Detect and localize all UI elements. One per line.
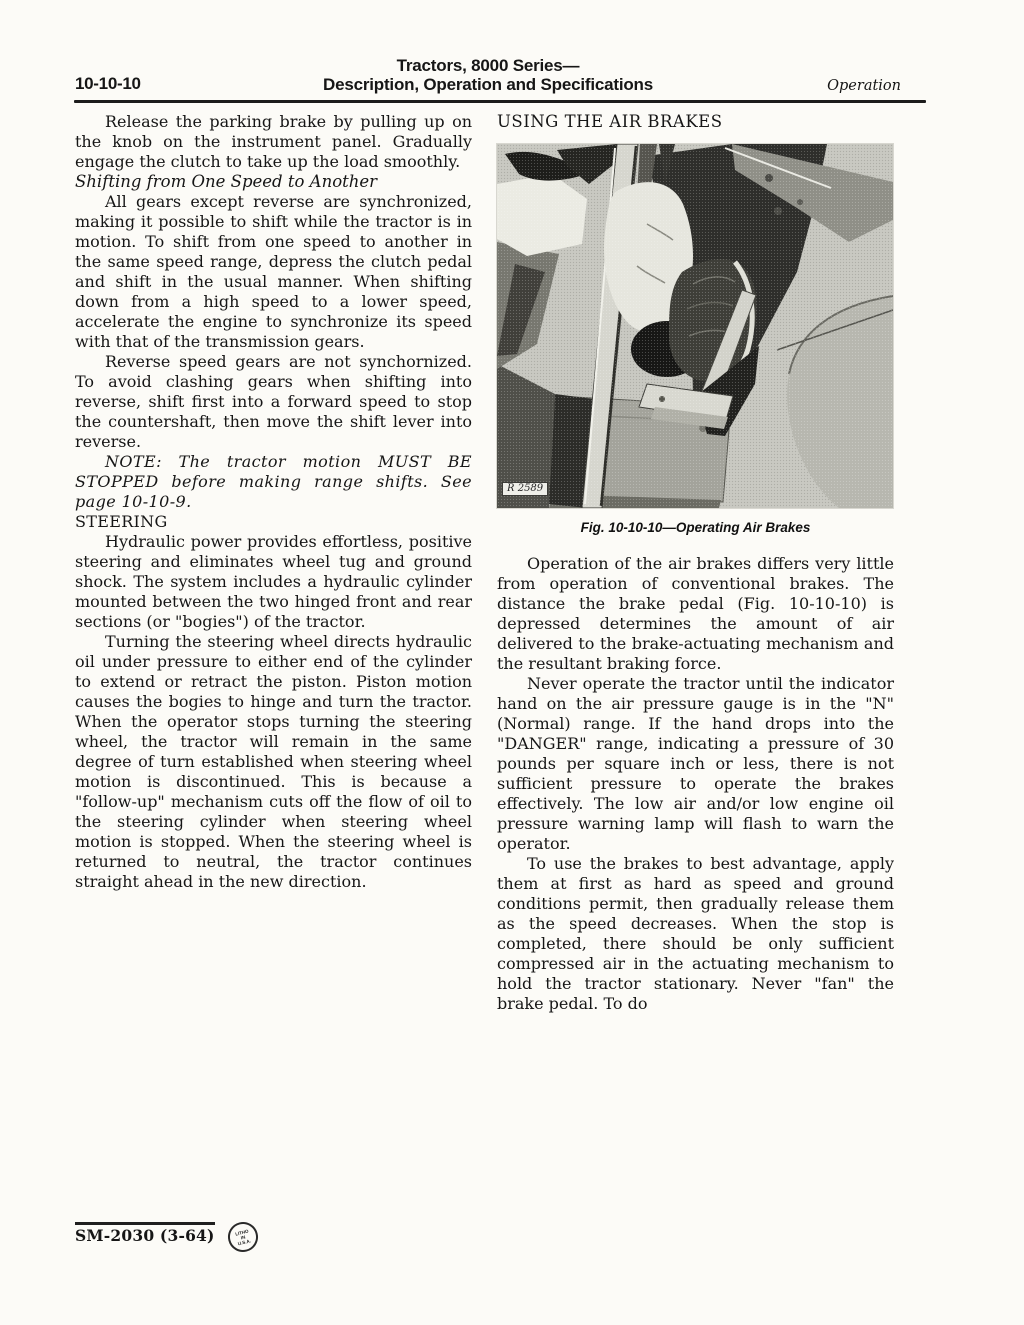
figure-caption: Fig. 10-10-10—Operating Air Brakes <box>497 518 894 538</box>
page-number: 10-10-10 <box>75 74 195 94</box>
section-label: Operation <box>781 78 901 94</box>
paragraph-release-parking-brake: Release the parking brake by pulling up … <box>75 112 472 172</box>
photo-id-label: R 2589 <box>502 482 548 496</box>
page-header: 10-10-10 Tractors, 8000 Series— Descript… <box>75 56 901 94</box>
page-footer: SM-2030 (3-64) LITHO IN U.S.A. <box>75 1222 258 1252</box>
manual-page: 10-10-10 Tractors, 8000 Series— Descript… <box>0 0 1024 1325</box>
page-title: Tractors, 8000 Series— Description, Oper… <box>195 56 781 94</box>
paragraph-hydraulic-power: Hydraulic power provides effortless, pos… <box>75 532 472 632</box>
page-title-line1: Tractors, 8000 Series— <box>195 56 781 75</box>
paragraph-turning-steering-wheel: Turning the steering wheel directs hydra… <box>75 632 472 892</box>
left-column: Release the parking brake by pulling up … <box>75 112 472 892</box>
header-rule <box>74 100 926 103</box>
right-column: USING THE AIR BRAKES <box>497 112 894 1014</box>
heading-shifting: Shifting from One Speed to Another <box>75 172 472 192</box>
paragraph-note: NOTE: The tractor motion MUST BE STOPPED… <box>75 452 472 512</box>
paragraph-reverse-gears: Reverse speed gears are not synchornized… <box>75 352 472 452</box>
document-number: SM-2030 (3-64) <box>75 1222 215 1245</box>
paragraph-all-gears: All gears except reverse are synchronize… <box>75 192 472 352</box>
heading-using-air-brakes: USING THE AIR BRAKES <box>497 112 894 132</box>
figure-operating-air-brakes: R 2589 Fig. 10-10-10—Operating Air Brake… <box>497 144 894 538</box>
brake-pedal-photo: R 2589 <box>497 144 893 508</box>
paragraph-best-advantage: To use the brakes to best advantage, app… <box>497 854 894 1014</box>
brake-pedal-photo-art <box>497 144 893 508</box>
paragraph-operation-air-brakes: Operation of the air brakes differs very… <box>497 554 894 674</box>
paragraph-never-operate: Never operate the tractor until the indi… <box>497 674 894 854</box>
litho-stamp-line3: U.S.A. <box>237 1238 251 1246</box>
litho-stamp: LITHO IN U.S.A. <box>224 1219 260 1255</box>
heading-steering: STEERING <box>75 512 472 532</box>
page-title-line2: Description, Operation and Specification… <box>195 75 781 94</box>
